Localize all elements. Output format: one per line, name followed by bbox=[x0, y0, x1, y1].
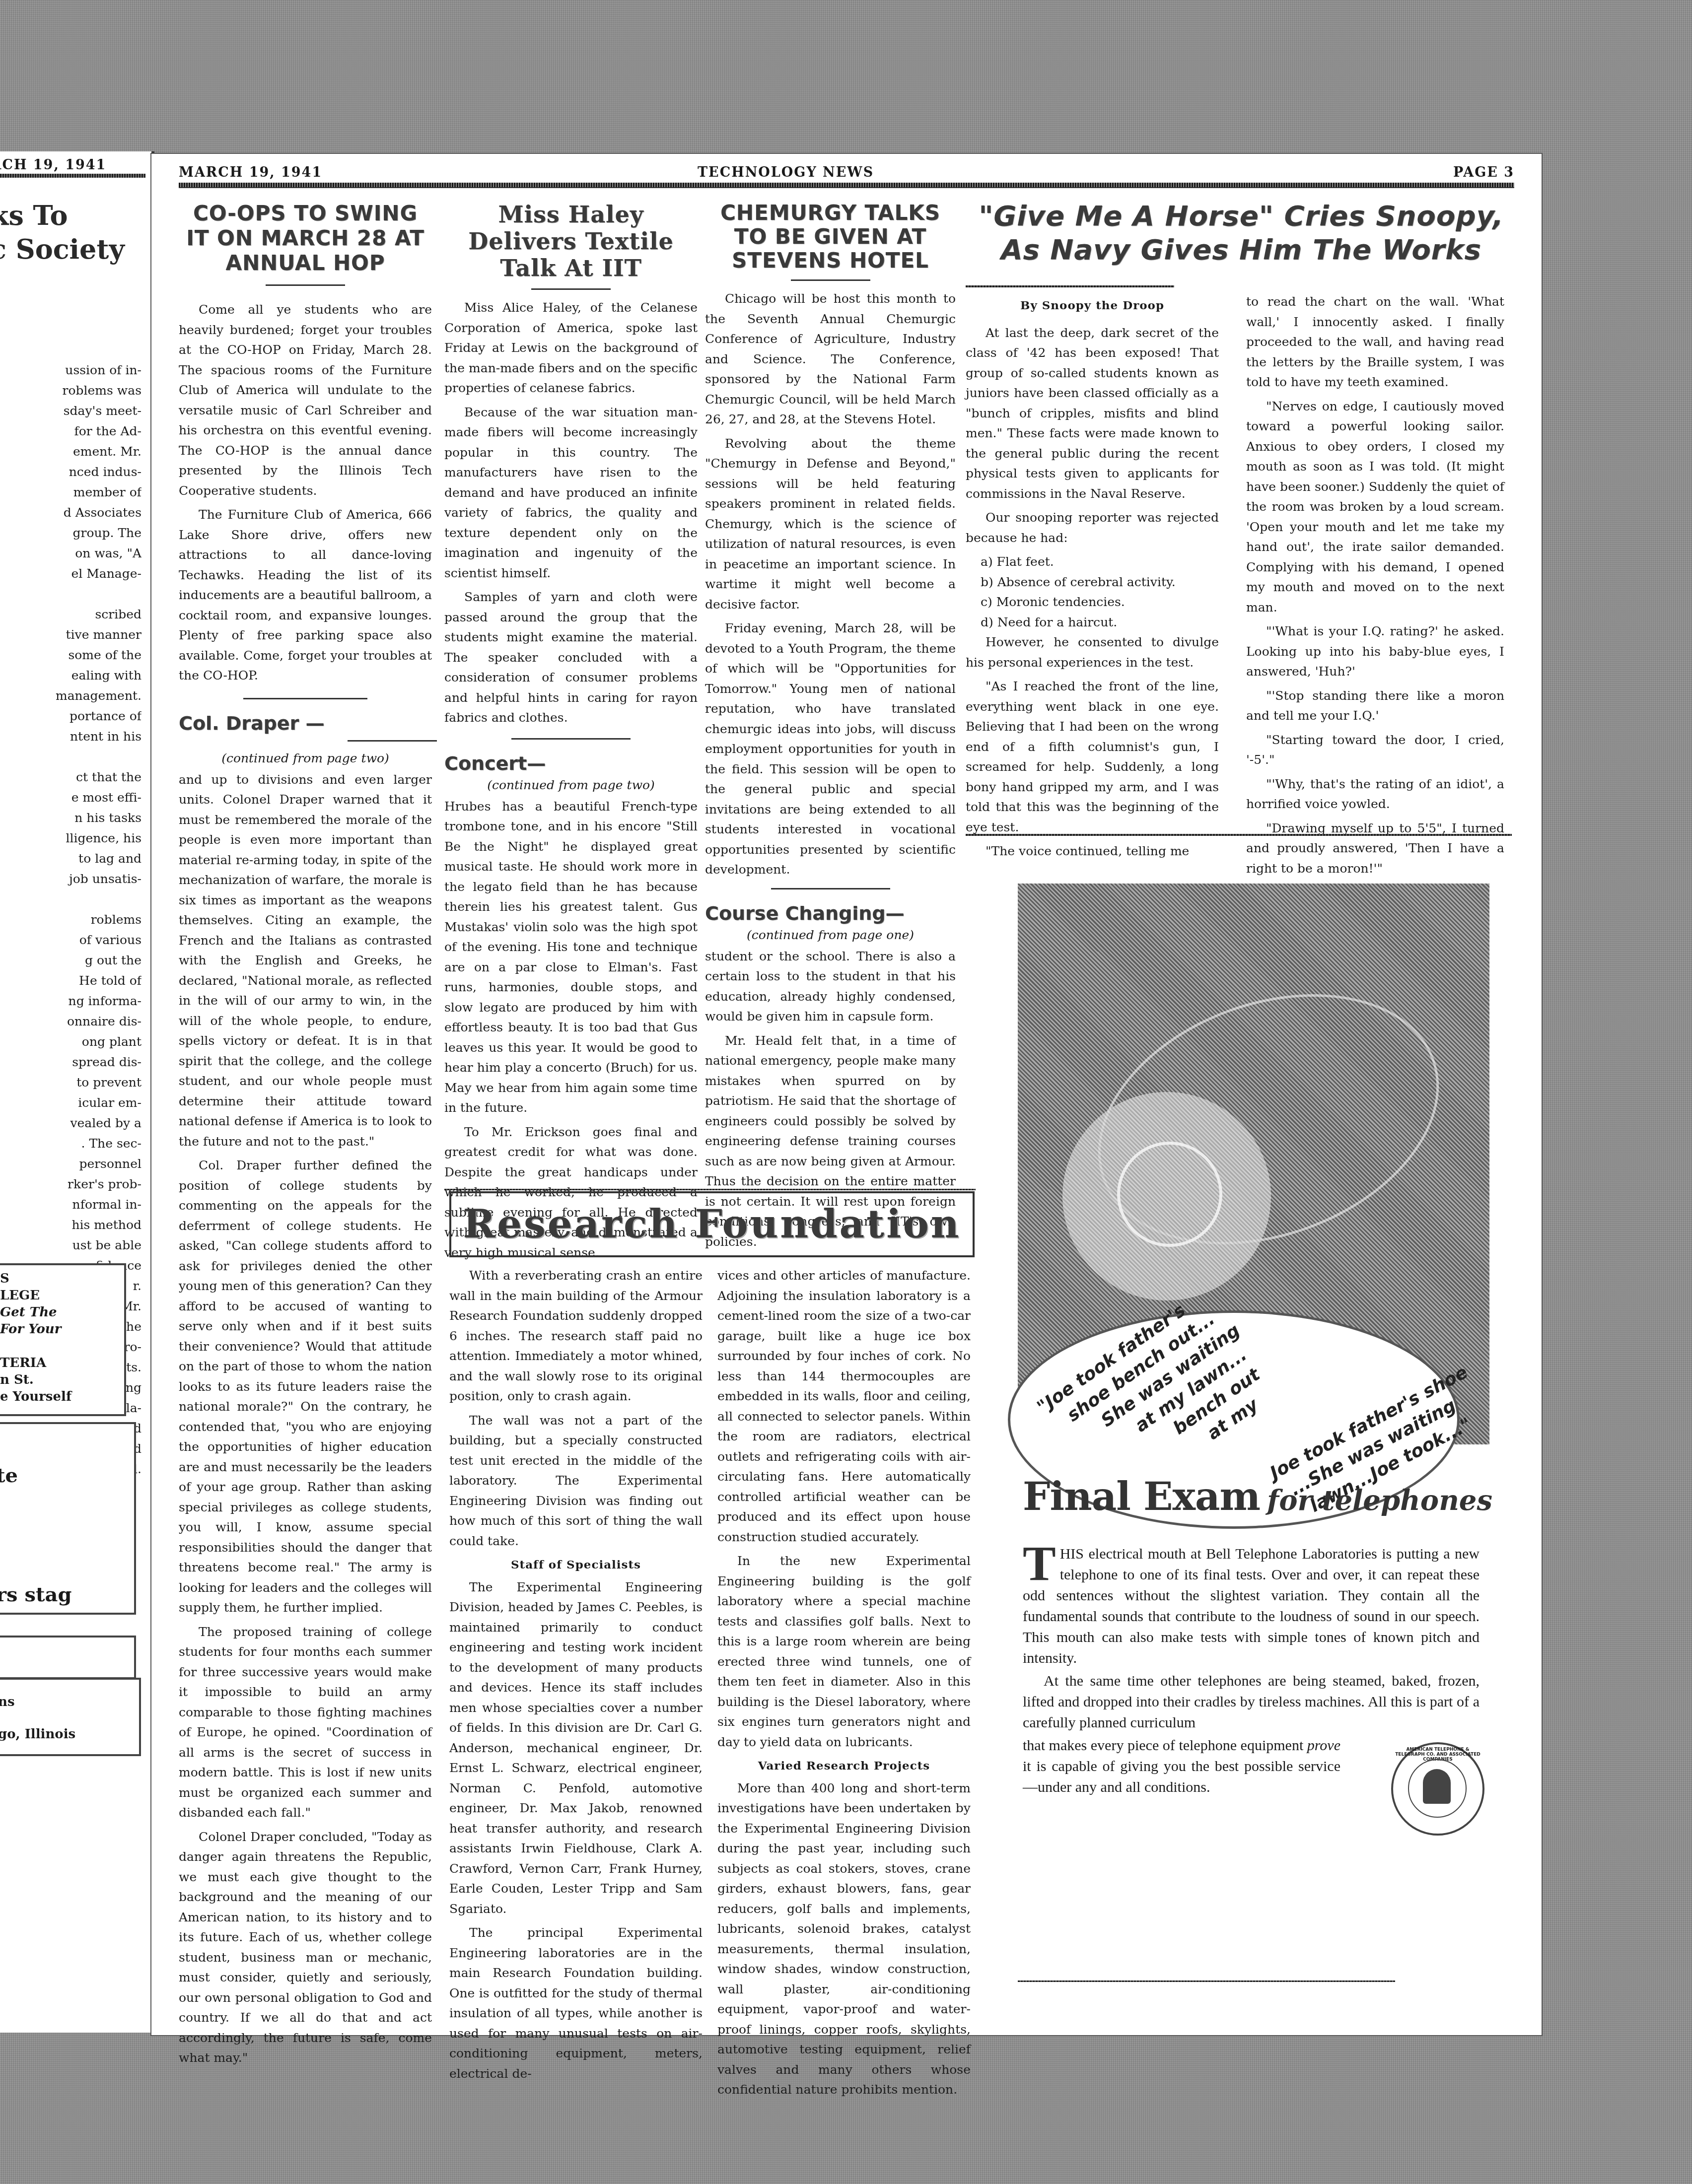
headline-coops: CO-OPS TO SWING IT ON MARCH 28 AT ANNUAL… bbox=[179, 201, 432, 275]
left-ad-1-line: S bbox=[0, 1270, 124, 1287]
ad-text-emphasis: prove bbox=[1307, 1737, 1340, 1754]
headline-snoopy-line-2: As Navy Gives Him The Works bbox=[966, 233, 1517, 267]
left-column-line: g out the bbox=[12, 950, 141, 970]
left-column-line: tive manner bbox=[12, 624, 141, 645]
divider bbox=[1018, 1980, 1395, 1982]
headline-course-changing: Course Changing— bbox=[705, 903, 956, 924]
ad-text: that makes every piece of telephone equi… bbox=[1023, 1737, 1307, 1754]
left-column-line: management. bbox=[12, 685, 141, 706]
left-column-line: to prevent bbox=[12, 1072, 141, 1092]
left-headline-line-2: c Society bbox=[0, 232, 125, 266]
left-column-line: roblems bbox=[12, 909, 141, 930]
continued-note: (continued from page two) bbox=[179, 749, 432, 769]
divider bbox=[966, 834, 1512, 836]
left-page-rule bbox=[0, 174, 145, 178]
paragraph: Revolving about the theme "Chemurgy in D… bbox=[705, 434, 956, 615]
left-column-line bbox=[12, 747, 141, 767]
masthead-page-number: PAGE 3 bbox=[1453, 165, 1514, 180]
subhead-staff-of-specialists: Staff of Specialists bbox=[449, 1555, 703, 1575]
paragraph: "The voice continued, telling me bbox=[966, 841, 1219, 862]
article-chemurgy: CHEMURGY TALKS TO BE GIVEN AT STEVENS HO… bbox=[705, 201, 956, 1256]
paragraph: Our snooping reporter was rejected becau… bbox=[966, 508, 1219, 548]
divider bbox=[444, 1189, 976, 1190]
list-item: a) Flat feet. bbox=[981, 552, 1219, 572]
left-column-line: scribed bbox=[12, 604, 141, 624]
divider bbox=[791, 279, 870, 281]
paragraph: The principal Experimental Engineering l… bbox=[449, 1923, 703, 2084]
paragraph: Miss Alice Haley, of the Celanese Corpor… bbox=[444, 298, 698, 399]
left-column-line: ntent in his bbox=[12, 726, 141, 747]
headline-concert: Concert— bbox=[444, 753, 698, 774]
divider bbox=[348, 740, 437, 742]
research-column-2: vices and other articles of manufacture.… bbox=[717, 1266, 971, 2104]
banner-title: Research Foundation bbox=[451, 1193, 973, 1255]
newspaper-page: MARCH 19, 1941 TECHNOLOGY NEWS PAGE 3 CO… bbox=[151, 154, 1542, 2035]
paragraph: "Starting toward the door, I cried, '-5'… bbox=[1246, 730, 1504, 770]
left-ad-3-line-1: ns bbox=[0, 1695, 15, 1709]
left-ad-2-line-1: te bbox=[0, 1464, 18, 1487]
paragraph: vices and other articles of manufacture.… bbox=[717, 1266, 971, 1547]
left-column-line: nformal in- bbox=[12, 1194, 141, 1215]
paragraph: In the new Experimental Engineering buil… bbox=[717, 1551, 971, 1752]
paragraph: to read the chart on the wall. 'What wal… bbox=[1246, 292, 1504, 393]
left-column-line: to lag and bbox=[12, 848, 141, 869]
left-ad-box-illinois: ns go, Illinois bbox=[0, 1678, 141, 1756]
left-column-line bbox=[12, 584, 141, 604]
left-headline-line-1: ks To bbox=[0, 199, 125, 232]
left-ad-1-line: TERIA bbox=[0, 1355, 124, 1371]
headline-haley: Miss Haley Delivers Textile Talk At IIT bbox=[444, 201, 698, 281]
left-ad-2-line-2: rs stag bbox=[0, 1583, 71, 1606]
left-column-line: ong plant bbox=[12, 1031, 141, 1052]
paragraph: The Experimental Engineering Division, h… bbox=[449, 1577, 703, 1919]
left-column-line: d Associates bbox=[12, 502, 141, 523]
left-column-line: portance of bbox=[12, 706, 141, 726]
left-column-line: e most effi- bbox=[12, 787, 141, 808]
paragraph: The Furniture Club of America, 666 Lake … bbox=[179, 505, 432, 686]
left-ad-1-line: For Your bbox=[0, 1321, 124, 1338]
left-column-line: member of bbox=[12, 482, 141, 502]
paragraph: "'What is your I.Q. rating?' he asked. L… bbox=[1246, 621, 1504, 682]
bell-system-seal-icon: AMERICAN TELEPHONE & TELEGRAPH CO. AND A… bbox=[1391, 1742, 1484, 1836]
paragraph: "'Stop standing there like a moron and t… bbox=[1246, 686, 1504, 726]
left-column-line: on was, "A bbox=[12, 543, 141, 563]
ad-title-sub: for telephones bbox=[1267, 1484, 1492, 1517]
left-column-line: onnaire dis- bbox=[12, 1011, 141, 1031]
left-column-line: nced indus- bbox=[12, 462, 141, 482]
left-column-line: roblems was bbox=[12, 380, 141, 401]
ad-title-main: Final Exam bbox=[1023, 1474, 1260, 1519]
left-column-line: job unsatis- bbox=[12, 869, 141, 889]
left-column-line: rker's prob- bbox=[12, 1174, 141, 1194]
left-column-line: ealing with bbox=[12, 665, 141, 685]
left-column-line: ng informa- bbox=[12, 991, 141, 1011]
drop-cap: T bbox=[1023, 1544, 1060, 1583]
left-column-line: He told of bbox=[12, 970, 141, 991]
left-column-line: ement. Mr. bbox=[12, 441, 141, 462]
masthead-date: MARCH 19, 1941 bbox=[179, 165, 322, 180]
paragraph: Friday evening, March 28, will be devote… bbox=[705, 618, 956, 880]
paragraph: "As I reached the front of the line, eve… bbox=[966, 677, 1219, 837]
paragraph: However, he consented to divulge his per… bbox=[966, 632, 1219, 673]
divider bbox=[266, 284, 345, 286]
paragraph: Chicago will be host this month to the S… bbox=[705, 289, 956, 430]
left-column-line: el Manage- bbox=[12, 563, 141, 584]
headline-snoopy-line-1: "Give Me A Horse" Cries Snoopy, bbox=[966, 200, 1517, 233]
ad-paragraph: that makes every piece of telephone equi… bbox=[1023, 1735, 1340, 1798]
paragraph: More than 400 long and short-term invest… bbox=[717, 1778, 971, 2100]
left-ad-1-line bbox=[0, 1338, 124, 1355]
paragraph: Samples of yarn and cloth were passed ar… bbox=[444, 587, 698, 728]
divider bbox=[771, 888, 890, 889]
left-column-line: icular em- bbox=[12, 1092, 141, 1113]
left-ad-box-stag: te rs stag bbox=[0, 1422, 136, 1615]
left-column-line: spread dis- bbox=[12, 1052, 141, 1072]
paragraph: Hrubes has a beautiful French-type tromb… bbox=[444, 797, 698, 1118]
paragraph: "Drawing myself up to 5'5", I turned and… bbox=[1246, 819, 1504, 879]
left-column-line: of various bbox=[12, 930, 141, 950]
paragraph: The wall was not a part of the building,… bbox=[449, 1411, 703, 1552]
left-column-line: sday's meet- bbox=[12, 401, 141, 421]
ad-paragraph: HIS electrical mouth at Bell Telephone L… bbox=[1023, 1546, 1480, 1666]
left-column-line: vealed by a bbox=[12, 1113, 141, 1133]
snoopy-column-1: By Snoopy the Droop At last the deep, da… bbox=[966, 293, 1219, 866]
left-column-line: group. The bbox=[12, 523, 141, 543]
list-item: d) Need for a haircut. bbox=[981, 613, 1219, 633]
divider bbox=[243, 698, 367, 699]
left-column-line: ct that the bbox=[12, 767, 141, 787]
article-coops: CO-OPS TO SWING IT ON MARCH 28 AT ANNUAL… bbox=[179, 201, 432, 2072]
ad-title: Final Examfor telephones bbox=[1023, 1474, 1492, 1519]
paragraph: Col. Draper further defined the position… bbox=[179, 1156, 432, 1618]
paragraph: The proposed training of college student… bbox=[179, 1622, 432, 1823]
divider bbox=[966, 285, 1174, 287]
research-column-1: With a reverberating crash an entire wal… bbox=[449, 1266, 703, 2088]
paragraph: "'Why, that's the rating of an idiot', a… bbox=[1246, 774, 1504, 815]
left-column-line: for the Ad- bbox=[12, 421, 141, 441]
left-ad-box-cafeteria: SLEGEGet TheFor YourTERIAn St.e Yourself bbox=[0, 1263, 126, 1416]
left-ad-1-line: Get The bbox=[0, 1304, 124, 1321]
paragraph: With a reverberating crash an entire wal… bbox=[449, 1266, 703, 1407]
continued-note: (continued from page one) bbox=[705, 925, 956, 946]
headline-snoopy: "Give Me A Horse" Cries Snoopy, As Navy … bbox=[966, 200, 1517, 267]
bell-telephone-advertisement: "Joe took father's shoe bench out... She… bbox=[1018, 884, 1489, 2000]
left-column-line: his method bbox=[12, 1215, 141, 1235]
left-column-line: ussion of in- bbox=[12, 360, 141, 380]
photo-highlight bbox=[1117, 1142, 1222, 1247]
paragraph: Come all ye students who are heavily bur… bbox=[179, 300, 432, 501]
paragraph: student or the school. There is also a c… bbox=[705, 947, 956, 1027]
subhead-varied-research-projects: Varied Research Projects bbox=[717, 1756, 971, 1776]
article-haley: Miss Haley Delivers Textile Talk At IIT … bbox=[444, 201, 698, 1267]
left-page-date: RCH 19, 1941 bbox=[0, 157, 106, 173]
masthead-paper-title: TECHNOLOGY NEWS bbox=[698, 165, 874, 180]
bell-icon bbox=[1423, 1769, 1451, 1804]
reasons-list: a) Flat feet. b) Absence of cerebral act… bbox=[966, 552, 1219, 632]
left-ad-1-line: n St. bbox=[0, 1371, 124, 1388]
left-column-line: . The sec- bbox=[12, 1133, 141, 1154]
ad-text: it is capable of giving you the best pos… bbox=[1023, 1758, 1340, 1795]
left-column-line: ust be able bbox=[12, 1235, 141, 1255]
paragraph: At last the deep, dark secret of the cla… bbox=[966, 323, 1219, 504]
divider bbox=[531, 288, 611, 290]
divider bbox=[511, 738, 631, 740]
list-item: b) Absence of cerebral activity. bbox=[981, 572, 1219, 593]
left-column-line: n his tasks bbox=[12, 808, 141, 828]
paragraph: Because of the war situation man-made fi… bbox=[444, 403, 698, 584]
left-ad-1-line: LEGE bbox=[0, 1287, 124, 1304]
byline: By Snoopy the Droop bbox=[966, 296, 1219, 316]
snoopy-column-2: to read the chart on the wall. 'What wal… bbox=[1246, 292, 1504, 883]
paragraph: "Nerves on edge, I cautiously moved towa… bbox=[1246, 397, 1504, 618]
research-foundation-banner: Research Foundation bbox=[449, 1191, 975, 1257]
left-page-headline: ks To c Society bbox=[0, 199, 125, 266]
left-column-line: some of the bbox=[12, 645, 141, 665]
previous-page-fragment: RCH 19, 1941 ks To c Society ussion of i… bbox=[0, 151, 154, 2033]
left-column-line: personnel bbox=[12, 1154, 141, 1174]
left-ad-3-line-2: go, Illinois bbox=[0, 1727, 75, 1742]
paragraph: and up to divisions and even larger unit… bbox=[179, 770, 432, 1152]
left-ad-1-line: e Yourself bbox=[0, 1388, 124, 1405]
headline-chemurgy: CHEMURGY TALKS TO BE GIVEN AT STEVENS HO… bbox=[705, 201, 956, 273]
masthead-rule bbox=[179, 183, 1514, 188]
continued-note: (continued from page two) bbox=[444, 775, 698, 796]
list-item: c) Moronic tendencies. bbox=[981, 592, 1219, 613]
headline-draper: Col. Draper — bbox=[179, 713, 432, 734]
left-column-line: lligence, his bbox=[12, 828, 141, 848]
left-column-line bbox=[12, 889, 141, 909]
ad-paragraph: At the same time other telephones are be… bbox=[1023, 1671, 1480, 1733]
left-ad-box-blank bbox=[0, 1636, 136, 1679]
paragraph: Colonel Draper concluded, "Today as dang… bbox=[179, 1827, 432, 2068]
